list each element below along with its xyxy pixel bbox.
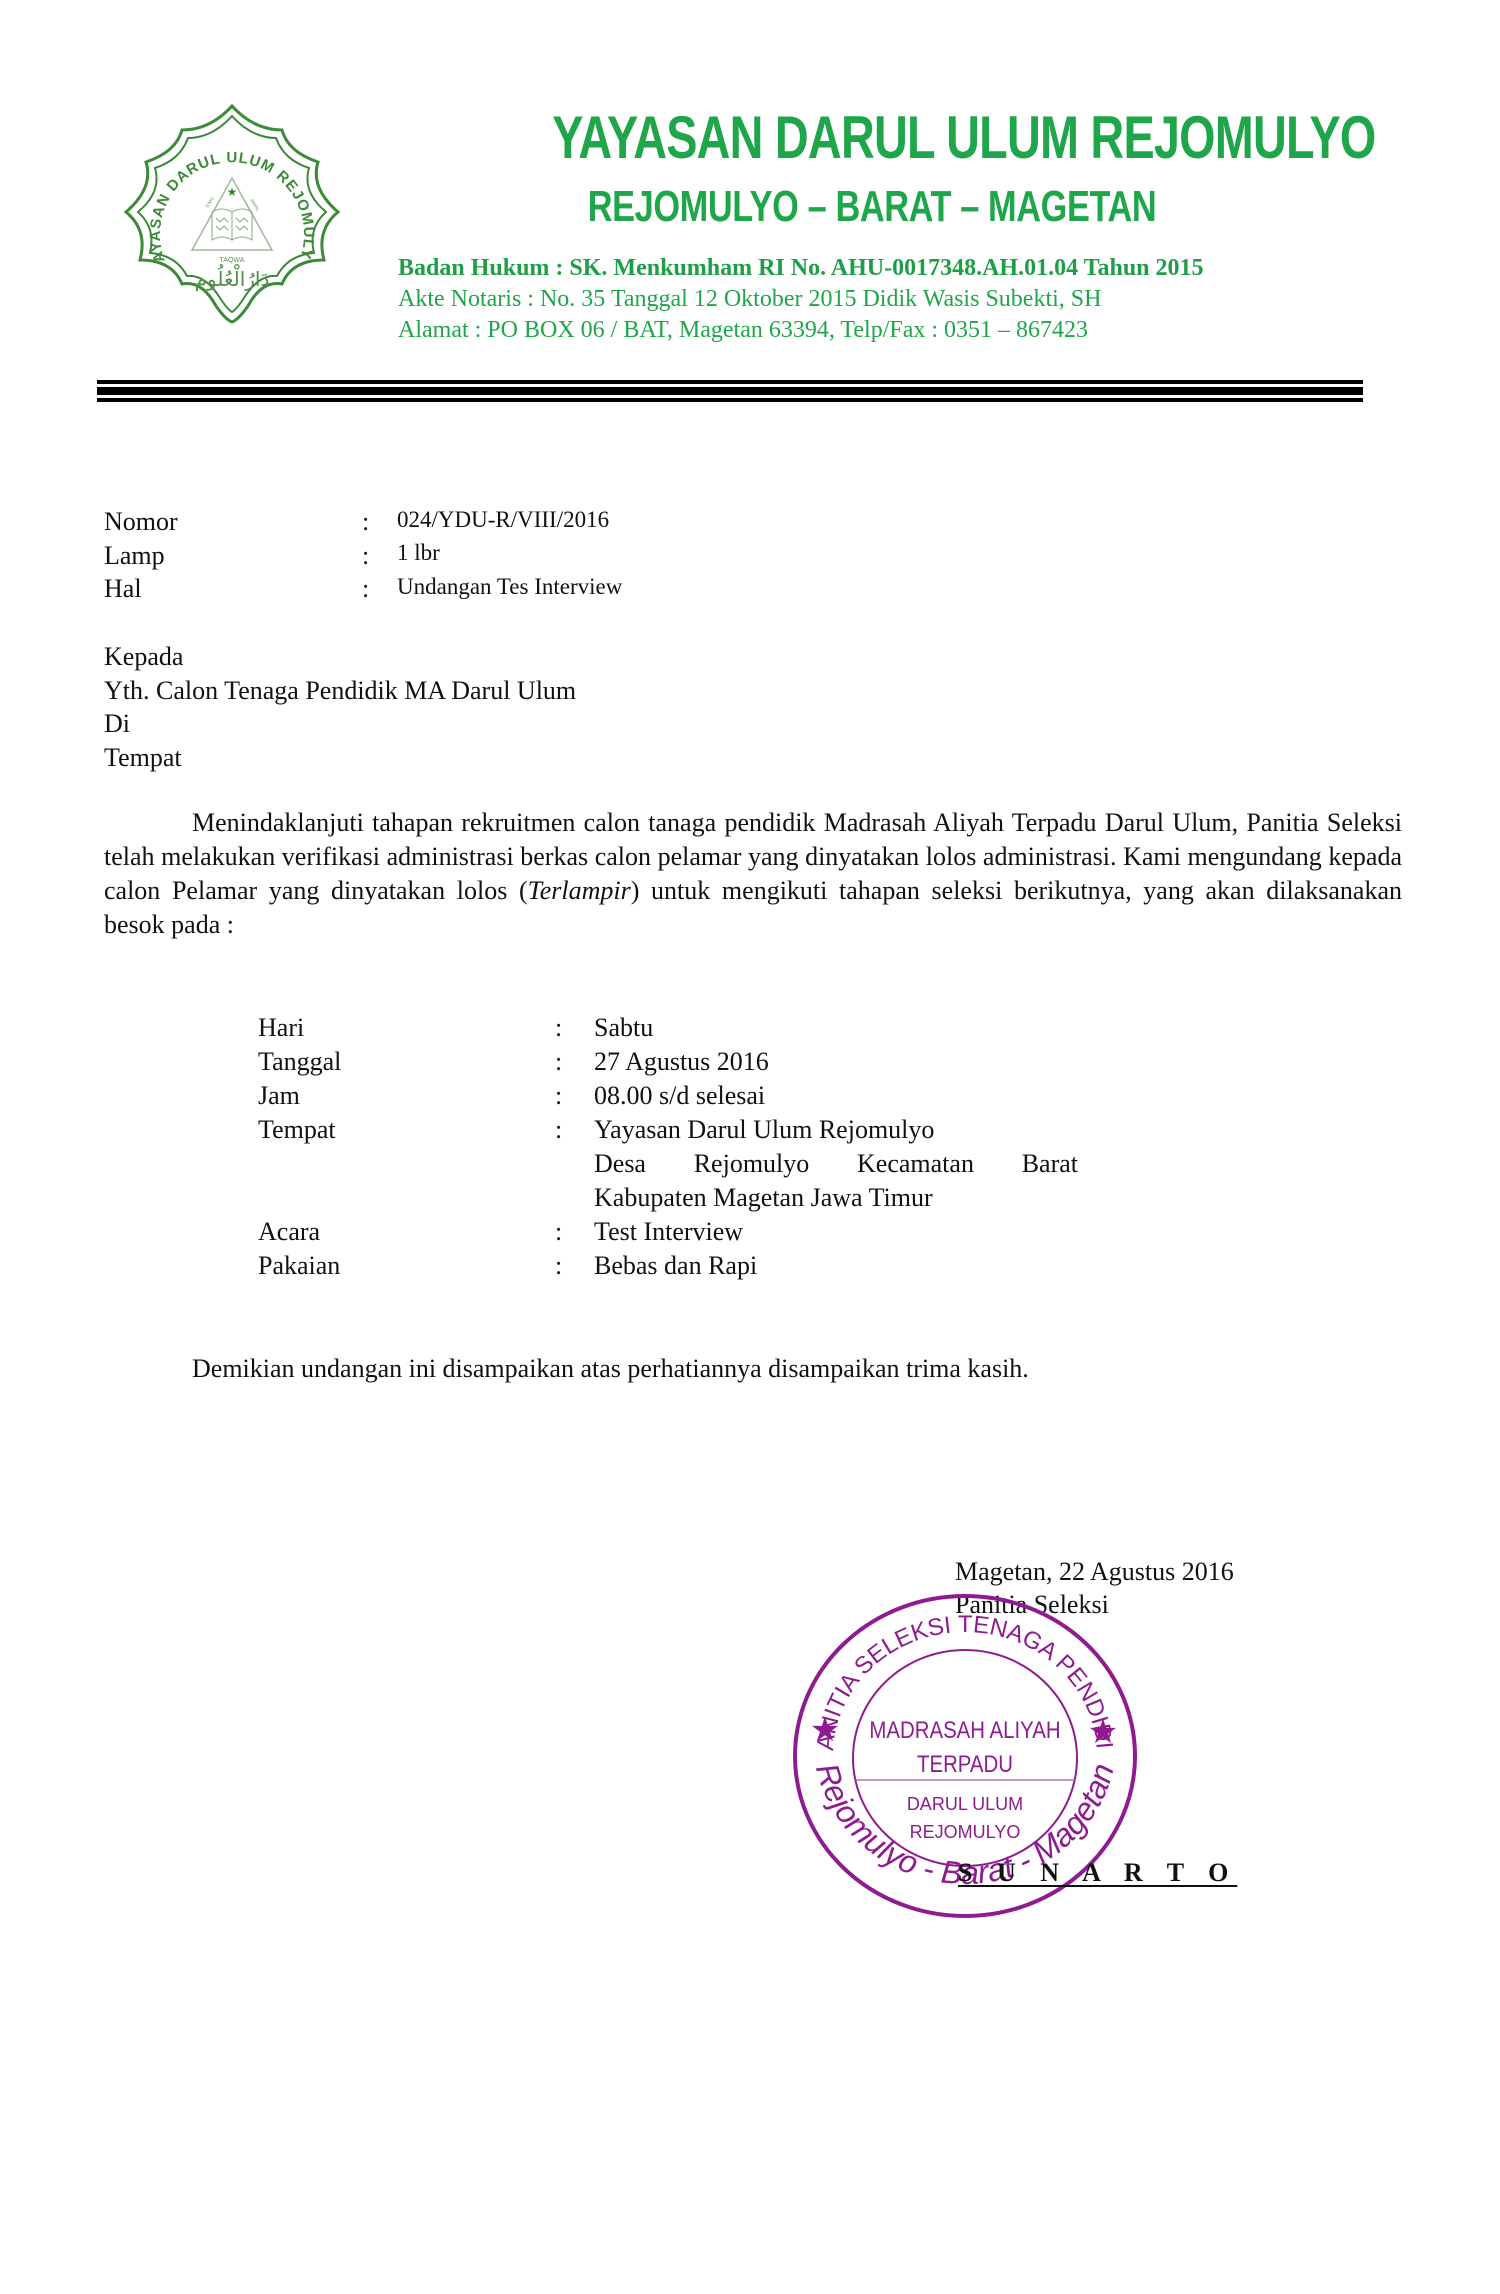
schedule-venue-line2: DesaRejomulyoKecamatanBarat — [594, 1147, 1078, 1181]
schedule-date: 27 Agustus 2016 — [594, 1045, 769, 1079]
schedule-separator: : — [555, 1113, 562, 1147]
address: Alamat : PO BOX 06 / BAT, Magetan 63394,… — [398, 315, 1088, 345]
schedule-event: Test Interview — [594, 1215, 743, 1249]
svg-text:TERPADU: TERPADU — [917, 1750, 1013, 1777]
meta-separator: : — [362, 572, 369, 606]
schedule-label: Acara — [258, 1215, 320, 1249]
svg-text:REJOMULYO: REJOMULYO — [910, 1822, 1021, 1842]
attachment-note: Terlampir — [528, 876, 631, 905]
schedule-separator: : — [555, 1079, 562, 1113]
schedule-label: Hari — [258, 1011, 304, 1045]
svg-text:TAQWA: TAQWA — [220, 257, 245, 264]
schedule-day: Sabtu — [594, 1011, 653, 1045]
closing-sentence: Demikian undangan ini disampaikan atas p… — [192, 1352, 1029, 1386]
svg-text:MADRASAH ALIYAH: MADRASAH ALIYAH — [869, 1716, 1060, 1743]
meta-label: Lamp — [104, 539, 165, 573]
schedule-label: Pakaian — [258, 1249, 340, 1283]
svg-text:ILMU: ILMU — [205, 195, 217, 209]
header-rule-top — [97, 380, 1363, 384]
organization-location: REJOMULYO – BARAT – MAGETAN — [552, 184, 1192, 230]
schedule-dress-code: Bebas dan Rapi — [594, 1249, 757, 1283]
header-rule-bottom — [97, 398, 1363, 402]
letter-number: 024/YDU-R/VIII/2016 — [397, 503, 609, 537]
header-rule-middle — [97, 387, 1363, 395]
foundation-logo-icon: YAYASAN DARUL ULUM REJOMULYO ★ ILMU AMAL… — [112, 100, 352, 328]
svg-text:★: ★ — [1088, 1712, 1118, 1752]
schedule-label: Tempat — [258, 1113, 336, 1147]
attachment-count: 1 lbr — [397, 536, 440, 570]
recipient-line: Kepada — [104, 640, 183, 674]
place-date: Magetan, 22 Agustus 2016 — [955, 1555, 1234, 1589]
schedule-label: Tanggal — [258, 1045, 341, 1079]
svg-text:دَارُالْعُلُوم: دَارُالْعُلُوم — [195, 264, 270, 291]
notary-deed: Akte Notaris : No. 35 Tanggal 12 Oktober… — [398, 284, 1101, 314]
schedule-time: 08.00 s/d selesai — [594, 1079, 765, 1113]
recipient-line: Di — [104, 707, 130, 741]
schedule-venue-line3: Kabupaten Magetan Jawa Timur — [594, 1181, 933, 1215]
body-paragraph: Menindaklanjuti tahapan rekruitmen calon… — [104, 806, 1402, 942]
schedule-label: Jam — [258, 1079, 300, 1113]
recipient-line: Yth. Calon Tenaga Pendidik MA Darul Ulum — [104, 674, 576, 708]
schedule-separator: : — [555, 1045, 562, 1079]
meta-separator: : — [362, 539, 369, 573]
recipient-line: Tempat — [104, 741, 182, 775]
svg-text:★: ★ — [810, 1710, 840, 1750]
schedule-separator: : — [555, 1011, 562, 1045]
meta-label: Hal — [104, 572, 142, 606]
svg-text:★: ★ — [227, 185, 238, 199]
legal-status: Badan Hukum : SK. Menkumham RI No. AHU-0… — [398, 253, 1204, 283]
schedule-separator: : — [555, 1249, 562, 1283]
meta-label: Nomor — [104, 505, 178, 539]
letter-subject: Undangan Tes Interview — [397, 570, 622, 604]
schedule-venue: Yayasan Darul Ulum Rejomulyo — [594, 1113, 934, 1147]
meta-separator: : — [362, 505, 369, 539]
signer-name: S U N A R T O — [958, 1858, 1237, 1888]
organization-name: YAYASAN DARUL ULUM REJOMULYO — [552, 106, 1192, 170]
schedule-separator: : — [555, 1215, 562, 1249]
svg-text:DARUL ULUM: DARUL ULUM — [907, 1794, 1023, 1814]
